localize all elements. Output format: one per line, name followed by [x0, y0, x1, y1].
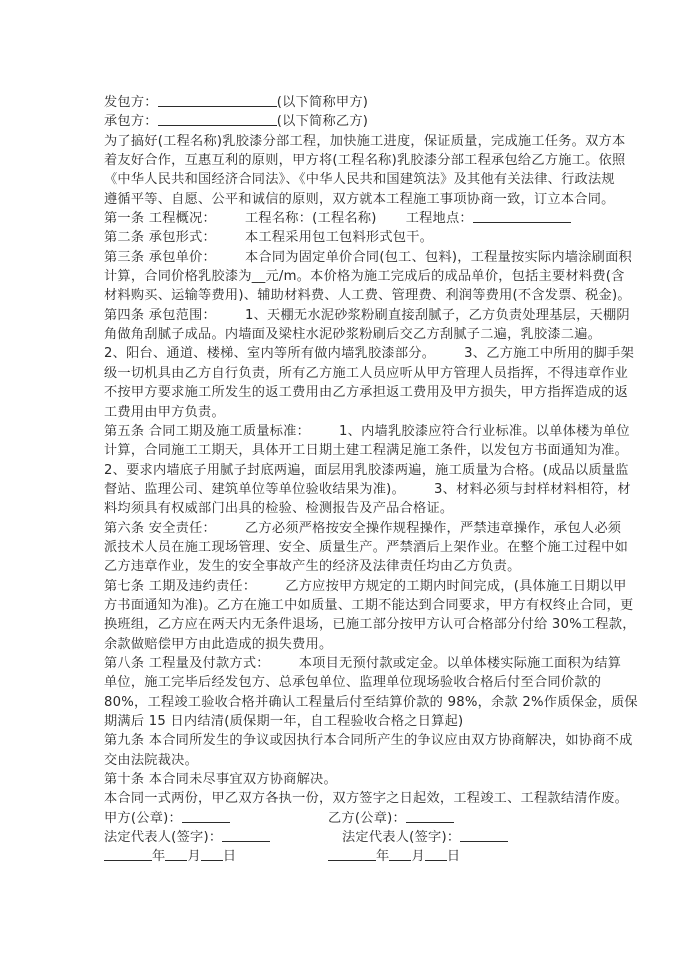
party-a-rep-label: 法定代表人(签字)： [104, 830, 222, 845]
party-b-line: 承包方：(以下简称乙方) [104, 112, 590, 131]
preamble-line: 遵循平等、自愿、公平和诚信的原则，双方就本工程施工事项协商一致，订立本合同。 [104, 190, 590, 209]
party-b-seal: 乙方(公章)： [328, 809, 454, 828]
article-4-item-2: 2、阳台、通道、楼梯、室内等所有做内墙乳胶漆部分。 [104, 346, 435, 361]
article-3-text: 计算，合同价格乳胶漆为__元/m。本价格为施工完成后的成品单价，包括主要材料费(… [104, 267, 590, 286]
article-4-text: 工费用由甲方负责。 [104, 403, 590, 422]
preamble-line: 着友好合作，互惠互利的原则，甲方将(工程名称)乳胶漆分部工程承包给乙方施工。依照 [104, 151, 590, 170]
article-4: 第四条 承包范围：1、天棚无水泥砂浆粉刷直接刮腻子，乙方负责处理基层，天棚阴 [104, 306, 590, 325]
article-5-text: 1、内墙乳胶漆应符合行业标准。以单体楼为单位 [339, 424, 630, 439]
article-3-text: 材料购买、运输等费用)、辅助材料费、人工费、管理费、利润等费用(不含发票、税金)… [104, 286, 590, 305]
party-b-seal-blank [406, 809, 454, 823]
article-6: 第六条 安全责任：乙方必须严格按安全操作规程操作，严禁违章操作，承包人必须 [104, 519, 590, 538]
year-blank [104, 847, 152, 861]
article-1-title: 第一条 工程概况： [104, 211, 216, 226]
article-4-text: 2、阳台、通道、楼梯、室内等所有做内墙乳胶漆部分。3、乙方施工中所用的脚手架 [104, 344, 590, 363]
article-8-text: 期满后 15 日内结清(质保期一年，自工程验收合格之日算起) [104, 712, 590, 731]
article-2-title: 第二条 承包形式： [104, 230, 216, 245]
article-4-title: 第四条 承包范围： [104, 308, 216, 323]
article-4-text: 级一切机具由乙方自行负责，所有乙方施工人员应听从甲方管理人员指挥，不得违章作业 [104, 364, 590, 383]
party-a-line: 发包方：(以下简称甲方) [104, 93, 590, 112]
article-5-title: 第五条 合同工期及施工质量标准： [104, 424, 310, 439]
month-blank [389, 847, 411, 861]
article-3-title: 第三条 承包单价： [104, 250, 216, 265]
article-2-text: 本工程采用包工包料形式包干。 [245, 230, 433, 245]
article-10-text: 第十条 本合同未尽事宜双方协商解决。 [104, 770, 590, 789]
site-blank [473, 209, 571, 223]
date-row: 年月日 年月日 [104, 847, 590, 866]
article-1-project-name: 工程名称：(工程名称) [245, 211, 377, 226]
article-5-text: 督站、监理公司、建筑单位等单位验收结果为准)。3、材料必须与封样材料相符，材 [104, 480, 590, 499]
article-4-text: 1、天棚无水泥砂浆粉刷直接刮腻子，乙方负责处理基层，天棚阴 [245, 308, 630, 323]
article-8-text: 本项目无预付款或定金。以单体楼实际施工面积为结算 [299, 656, 622, 671]
article-4-text: 不按甲方要求施工所发生的返工费用由乙方承担返工费用及甲方损失，甲方指挥造成的返 [104, 383, 590, 402]
article-9-text: 第九条 本合同所发生的争议或因执行本合同所产生的争议应由双方协商解决，如协商不成 [104, 731, 590, 750]
contract-document: 发包方：(以下简称甲方) 承包方：(以下简称乙方) 为了搞好(工程名称)乳胶漆分… [104, 93, 590, 867]
article-6-text: 派技术人员在施工现场管理、安全、质量生产。严禁酒后上架作业。在整个施工过程中如 [104, 538, 590, 557]
article-6-text: 乙方违章作业，发生的安全事故产生的经济及法律责任均由乙方负责。 [104, 557, 590, 576]
article-1-site-label: 工程地点： [406, 211, 473, 226]
year-label: 年 [376, 849, 389, 864]
article-5-text: 计算，合同施工工期天，具体开工日期土建工程满足施工条件，以发包方书面通知为准。 [104, 441, 590, 460]
representative-row: 法定代表人(签字)： 法定代表人(签字)： [104, 828, 590, 847]
party-b-blank [158, 112, 277, 126]
seal-row: 甲方(公章)： 乙方(公章)： [104, 809, 590, 828]
article-1: 第一条 工程概况：工程名称：(工程名称)工程地点： [104, 209, 590, 228]
party-b-seal-label: 乙方(公章)： [328, 811, 406, 826]
article-6-title: 第六条 安全责任： [104, 521, 216, 536]
article-2: 第二条 承包形式：本工程采用包工包料形式包干。 [104, 228, 590, 247]
article-8-text: 单位，施工完毕后经发包方、总承包单位、监理单位现场验收合格后付至合同价款的 [104, 673, 590, 692]
day-label: 日 [447, 849, 460, 864]
party-a-rep-blank [222, 828, 270, 842]
month-label: 月 [187, 849, 200, 864]
article-5-item-2-end: 督站、监理公司、建筑单位等单位验收结果为准)。 [104, 482, 405, 497]
article-4-item-3: 3、乙方施工中所用的脚手架 [464, 346, 634, 361]
article-5-item-3: 3、材料必须与封样材料相符，材 [434, 482, 631, 497]
party-a-seal-blank [182, 809, 230, 823]
article-7: 第七条 工期及违约责任：乙方应按甲方规定的工期内时间完成，(具体施工日期以甲 [104, 577, 590, 596]
day-blank [425, 847, 447, 861]
article-3: 第三条 承包单价：本合同为固定单价合同(包工、包料)，工程量按实际内墙涂刷面积 [104, 248, 590, 267]
party-b-suffix: (以下简称乙方) [277, 114, 368, 129]
party-a-blank [158, 93, 277, 107]
day-blank [201, 847, 223, 861]
article-7-title: 第七条 工期及违约责任： [104, 579, 256, 594]
article-7-text: 乙方应按甲方规定的工期内时间完成，(具体施工日期以甲 [285, 579, 626, 594]
party-a-label: 发包方： [104, 95, 158, 110]
article-5-text: 料均须具有权威部门出具的检验、检测报告及产品合格证。 [104, 499, 590, 518]
party-a-seal-label: 甲方(公章)： [104, 811, 182, 826]
year-label: 年 [152, 849, 165, 864]
article-8: 第八条 工程量及付款方式：本项目无预付款或定金。以单体楼实际施工面积为结算 [104, 654, 590, 673]
day-label: 日 [223, 849, 236, 864]
article-7-text: 换班组，乙方应在两天内无条件退场，已施工部分按甲方认可合格部分付给 30%工程款… [104, 615, 590, 634]
article-4-text: 角做角刮腻子成品。内墙面及梁柱水泥砂浆粉刷后交乙方刮腻子二遍，乳胶漆二遍。 [104, 325, 590, 344]
article-5: 第五条 合同工期及施工质量标准：1、内墙乳胶漆应符合行业标准。以单体楼为单位 [104, 422, 590, 441]
preamble-line: 为了搞好(工程名称)乳胶漆分部工程，加快施工进度，保证质量，完成施工任务。双方本 [104, 132, 590, 151]
party-b-rep-label: 法定代表人(签字)： [342, 830, 460, 845]
party-b-date: 年月日 [328, 847, 460, 866]
month-label: 月 [411, 849, 424, 864]
closing-clause: 本合同一式两份，甲乙双方各执一份，双方签字之日起效，工程竣工、工程款结清作废。 [104, 789, 590, 808]
article-3-text: 本合同为固定单价合同(包工、包料)，工程量按实际内墙涂刷面积 [245, 250, 632, 265]
article-8-title: 第八条 工程量及付款方式： [104, 656, 270, 671]
article-7-text: 余款做赔偿甲方由此造成的损失费用。 [104, 635, 590, 654]
party-b-label: 承包方： [104, 114, 158, 129]
party-a-suffix: (以下简称甲方) [277, 95, 368, 110]
article-5-text: 2、要求内墙底子用腻子封底两遍，面层用乳胶漆两遍，施工质量为合格。(成品以质量监 [104, 461, 590, 480]
preamble-line: 《中华人民共和国经济合同法》、《中华人民共和国建筑法》及其他有关法律、行政法规 [104, 170, 590, 189]
article-6-text: 乙方必须严格按安全操作规程操作，严禁违章操作，承包人必须 [245, 521, 621, 536]
article-8-text: 80%，工程竣工验收合格并确认工程量后付至结算价款的 98%，余款 2%作质保金… [104, 693, 590, 712]
month-blank [165, 847, 187, 861]
party-b-rep: 法定代表人(签字)： [342, 828, 508, 847]
article-9-text: 交由法院裁决。 [104, 751, 590, 770]
year-blank [328, 847, 376, 861]
article-7-text: 方书面通知为准)。乙方在施工中如质量、工期不能达到合同要求，甲方有权终止合同，更 [104, 596, 590, 615]
party-b-rep-blank [460, 828, 508, 842]
